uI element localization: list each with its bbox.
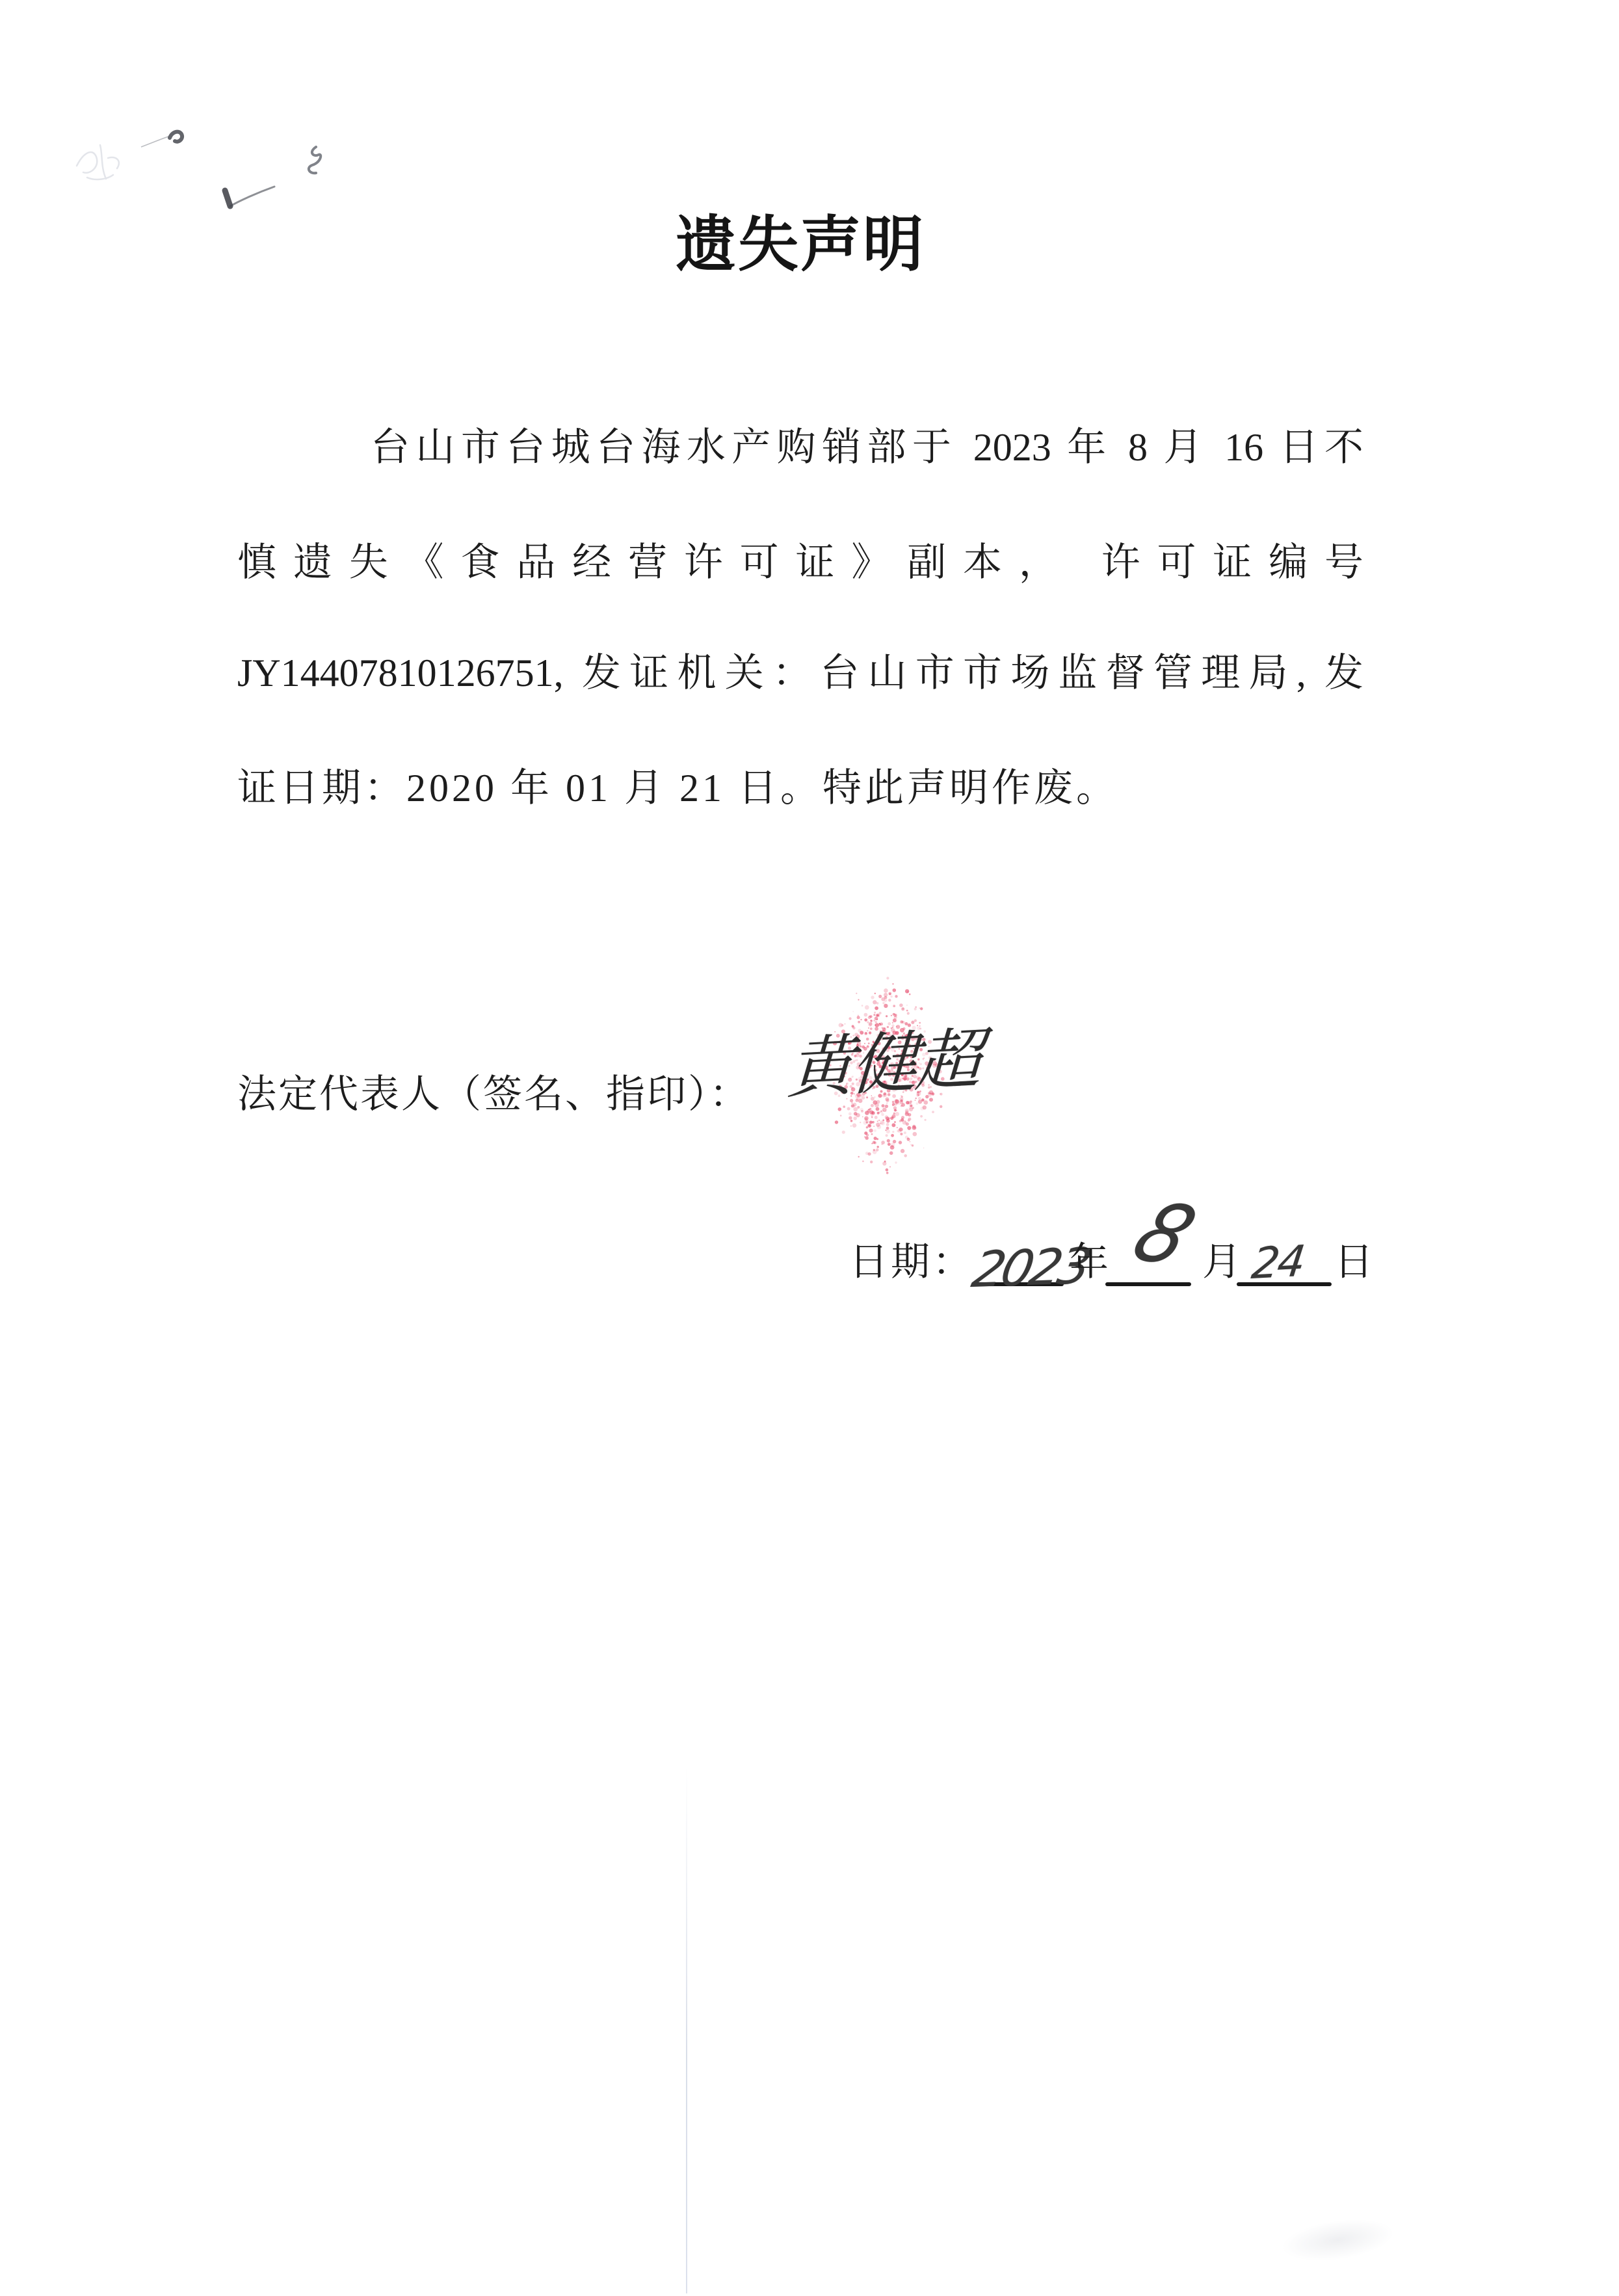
month-underline — [1105, 1282, 1191, 1286]
scanned-document-page: 遗失声明 台山市台城台海水产购销部于 2023 年 8 月 16 日不 慎遗失《… — [0, 0, 1619, 2296]
scan-smudge-zigzag — [296, 143, 326, 178]
scan-streak-vertical-line — [686, 1765, 687, 2293]
month-unit-label: 月 — [1202, 1241, 1243, 1284]
day-unit-label: 日 — [1334, 1241, 1375, 1284]
date-label: 日期： — [849, 1241, 974, 1284]
handwritten-signature: 黄健超 — [786, 1023, 981, 1105]
body-line-3: JY14407810126751, 发证机关：台山市市场监督管理局, 发 — [237, 652, 1363, 694]
scan-smudge-light — [70, 139, 130, 185]
scan-smudge-curl — [140, 127, 191, 152]
body-line-4: 证日期：2020 年 01 月 21 日。特此声明作废。 — [237, 767, 1363, 810]
year-unit-label: 年 — [1070, 1241, 1110, 1284]
document-title: 遗失声明 — [237, 213, 1363, 278]
legal-representative-label: 法定代表人（签名、指印）： — [237, 1073, 750, 1116]
handwritten-month: 8 — [1121, 1189, 1208, 1280]
scan-smudge-bottom-right — [1279, 2213, 1397, 2267]
body-line-1: 台山市台城台海水产购销部于 2023 年 8 月 16 日不 — [237, 426, 1363, 469]
body-line-2: 慎遗失《食品经营许可证》副本， 许可证编号 — [237, 541, 1363, 584]
handwritten-day: 24 — [1249, 1238, 1306, 1287]
scan-smudge-check — [220, 183, 277, 213]
